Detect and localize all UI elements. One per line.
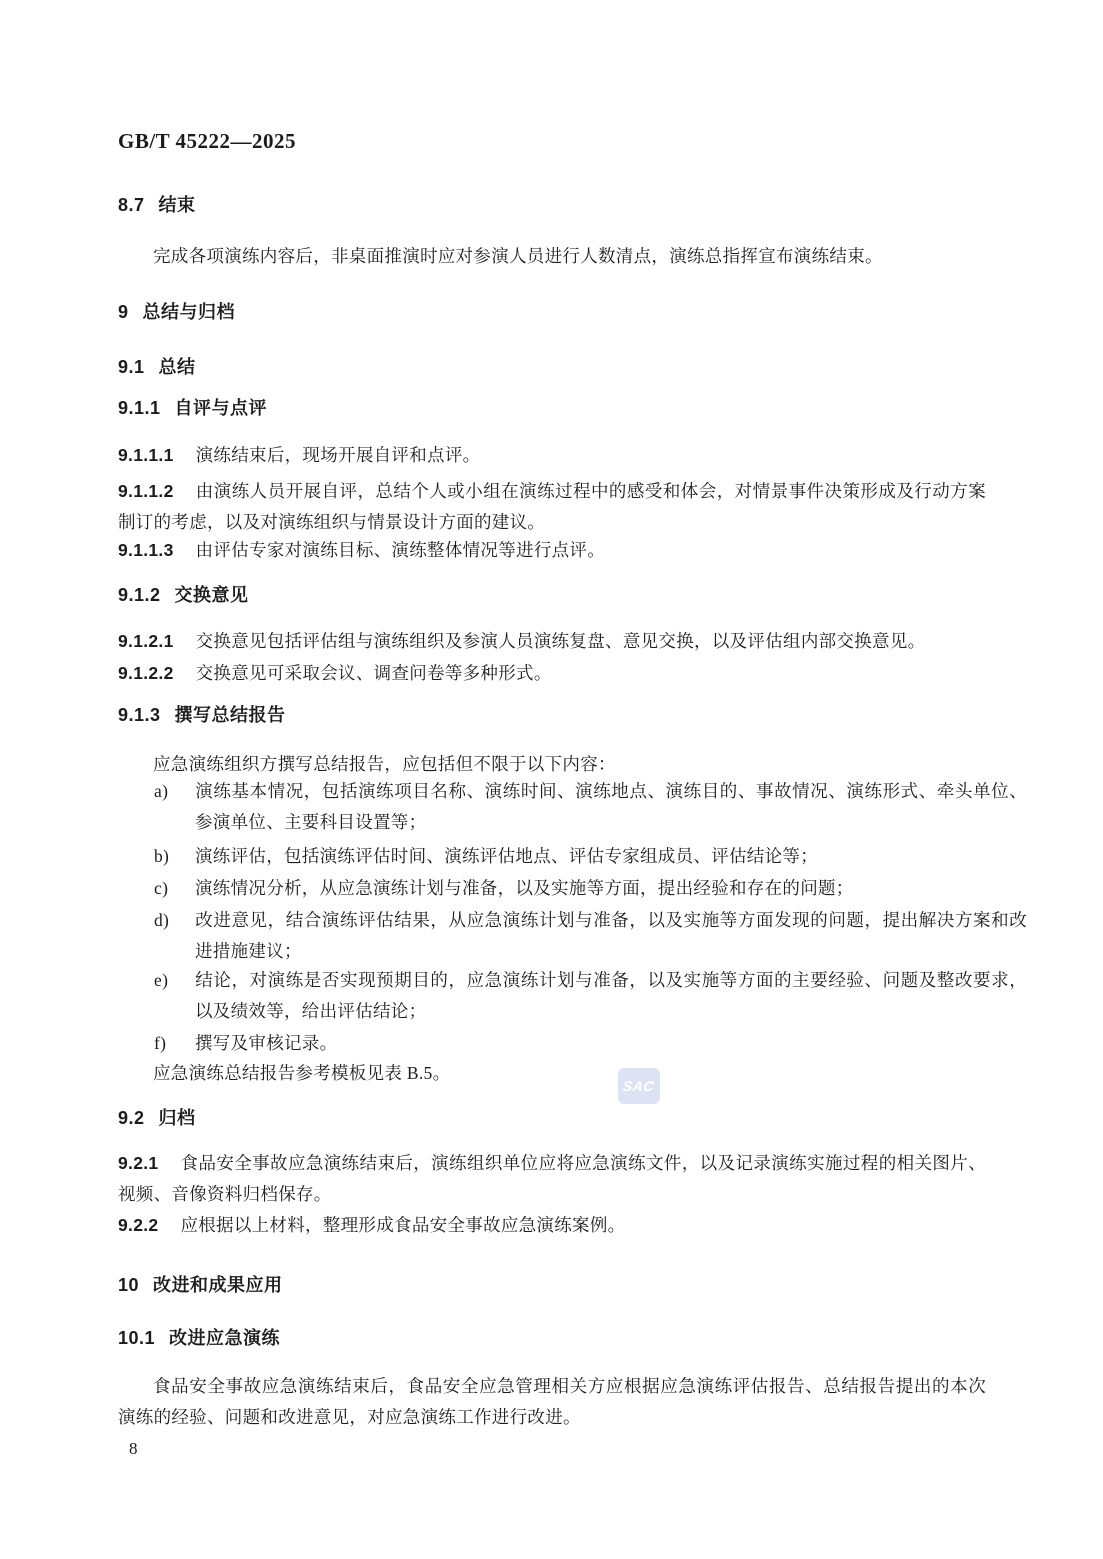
list-item-b: b)演练评估，包括演练评估时间、演练评估地点、评估专家组成员、评估结论等； (154, 841, 1027, 872)
clause-9-1-2-2: 9.1.2.2交换意见可采取会议、调查问卷等多种形式。 (118, 658, 986, 689)
list-item-d: d)改进意见，结合演练评估结果，从应急演练计划与准备，以及实施等方面发现的问题，… (154, 905, 1027, 967)
clause-9-1-1-1: 9.1.1.1演练结束后，现场开展自评和点评。 (118, 440, 986, 471)
list-item-c: c)演练情况分析，从应急演练计划与准备，以及实施等方面，提出经验和存在的问题； (154, 873, 1027, 904)
section-heading-9: 9总结与归档 (118, 300, 986, 324)
section-title: 改进和成果应用 (153, 1275, 283, 1295)
section-number: 9 (118, 300, 129, 324)
clause-9-2-2: 9.2.2应根据以上材料，整理形成食品安全事故应急演练案例。 (118, 1210, 986, 1241)
paragraph-8-7: 完成各项演练内容后，非桌面推演时应对参演人员进行人数清点，演练总指挥宣布演练结束… (118, 241, 986, 272)
section-heading-10-1: 10.1改进应急演练 (118, 1326, 986, 1350)
clause-number: 9.1.1.2 (118, 476, 174, 507)
section-heading-9-1-3: 9.1.3撰写总结报告 (118, 703, 986, 727)
clause-text: 交换意见可采取会议、调查问卷等多种形式。 (196, 663, 552, 683)
sac-watermark-logo: SAC (618, 1068, 660, 1104)
paragraph-10-1: 食品安全事故应急演练结束后，食品安全应急管理相关方应根据应急演练评估报告、总结报… (118, 1371, 986, 1433)
section-number: 8.7 (118, 193, 145, 217)
section-title: 改进应急演练 (169, 1328, 280, 1348)
clause-9-1-2-1: 9.1.2.1交换意见包括评估组与演练组织及参演人员演练复盘、意见交换，以及评估… (118, 626, 986, 657)
clause-number: 9.1.1.1 (118, 440, 174, 471)
section-title: 撰写总结报告 (175, 705, 286, 725)
section-heading-9-1: 9.1总结 (118, 355, 986, 379)
clause-text: 应根据以上材料，整理形成食品安全事故应急演练案例。 (180, 1215, 625, 1235)
sac-watermark-text: SAC (622, 1078, 655, 1094)
list-marker: a) (154, 776, 195, 807)
clause-number: 9.1.1.3 (118, 535, 174, 566)
page-number: 8 (129, 1433, 138, 1464)
section-title: 交换意见 (175, 585, 249, 605)
paragraph-text: 应急演练总结报告参考模板见表 B.5。 (153, 1063, 450, 1083)
clause-text: 演练结束后，现场开展自评和点评。 (196, 445, 481, 465)
doc-code-text: GB/T 45222—2025 (118, 129, 296, 153)
list-item-text: 演练评估，包括演练评估时间、演练评估地点、评估专家组成员、评估结论等； (195, 846, 818, 866)
doc-code-header: GB/T 45222—2025 (118, 128, 986, 154)
section-number: 9.2 (118, 1106, 145, 1130)
clause-text: 食品安全事故应急演练结束后，演练组织单位应将应急演练文件，以及记录演练实施过程的… (118, 1153, 986, 1204)
list-item-text: 演练情况分析，从应急演练计划与准备，以及实施等方面，提出经验和存在的问题； (195, 878, 854, 898)
clause-number: 9.1.2.2 (118, 658, 174, 689)
section-title: 结束 (159, 195, 196, 215)
page-number-text: 8 (129, 1439, 138, 1458)
section-heading-9-2: 9.2归档 (118, 1106, 986, 1130)
clause-9-1-1-3: 9.1.1.3由评估专家对演练目标、演练整体情况等进行点评。 (118, 535, 986, 566)
list-item-text: 撰写及审核记录。 (195, 1033, 337, 1053)
section-number: 9.1.1 (118, 396, 161, 420)
clause-9-1-1-2: 9.1.1.2由演练人员开展自评，总结个人或小组在演练过程中的感受和体会，对情景… (118, 476, 986, 538)
section-heading-9-1-1: 9.1.1自评与点评 (118, 396, 986, 420)
paragraph-text: 应急演练组织方撰写总结报告，应包括但不限于以下内容： (153, 754, 616, 774)
clause-9-2-1: 9.2.1食品安全事故应急演练结束后，演练组织单位应将应急演练文件，以及记录演练… (118, 1148, 986, 1210)
section-title: 总结与归档 (143, 302, 236, 322)
section-heading-8-7: 8.7结束 (118, 193, 986, 217)
clause-number: 9.2.1 (118, 1148, 158, 1179)
section-title: 自评与点评 (175, 398, 268, 418)
section-number: 10.1 (118, 1326, 155, 1350)
clause-text: 由评估专家对演练目标、演练整体情况等进行点评。 (196, 540, 605, 560)
template-reference-paragraph: 应急演练总结报告参考模板见表 B.5。 (118, 1058, 986, 1089)
section-title: 总结 (159, 357, 196, 377)
clause-text: 交换意见包括评估组与演练组织及参演人员演练复盘、意见交换，以及评估组内部交换意见… (196, 631, 926, 651)
section-number: 10 (118, 1273, 139, 1297)
section-heading-9-1-2: 9.1.2交换意见 (118, 583, 986, 607)
paragraph-text: 完成各项演练内容后，非桌面推演时应对参演人员进行人数清点，演练总指挥宣布演练结束… (153, 246, 883, 266)
list-item-a: a)演练基本情况，包括演练项目名称、演练时间、演练地点、演练目的、事故情况、演练… (154, 776, 1027, 838)
section-number: 9.1 (118, 355, 145, 379)
list-marker: c) (154, 873, 195, 904)
list-marker: d) (154, 905, 195, 936)
standard-document-page: GB/T 45222—2025 8.7结束 完成各项演练内容后，非桌面推演时应对… (0, 0, 1103, 1559)
list-marker: f) (154, 1028, 195, 1059)
clause-text: 由演练人员开展自评，总结个人或小组在演练过程中的感受和体会，对情景事件决策形成及… (118, 481, 986, 532)
list-item-e: e)结论，对演练是否实现预期目的，应急演练计划与准备，以及实施等方面的主要经验、… (154, 965, 1027, 1027)
clause-number: 9.1.2.1 (118, 626, 174, 657)
section-number: 9.1.3 (118, 703, 161, 727)
list-item-text: 改进意见，结合演练评估结果，从应急演练计划与准备，以及实施等方面发现的问题，提出… (195, 910, 1027, 961)
list-item-text: 结论，对演练是否实现预期目的，应急演练计划与准备，以及实施等方面的主要经验、问题… (195, 970, 1027, 1021)
list-marker: b) (154, 841, 195, 872)
list-item-text: 演练基本情况，包括演练项目名称、演练时间、演练地点、演练目的、事故情况、演练形式… (195, 781, 1027, 832)
paragraph-text: 食品安全事故应急演练结束后，食品安全应急管理相关方应根据应急演练评估报告、总结报… (118, 1376, 986, 1427)
section-heading-10: 10改进和成果应用 (118, 1273, 986, 1297)
clause-number: 9.2.2 (118, 1210, 158, 1241)
list-marker: e) (154, 965, 195, 996)
section-title: 归档 (159, 1108, 196, 1128)
section-number: 9.1.2 (118, 583, 161, 607)
list-item-f: f)撰写及审核记录。 (154, 1028, 1027, 1059)
